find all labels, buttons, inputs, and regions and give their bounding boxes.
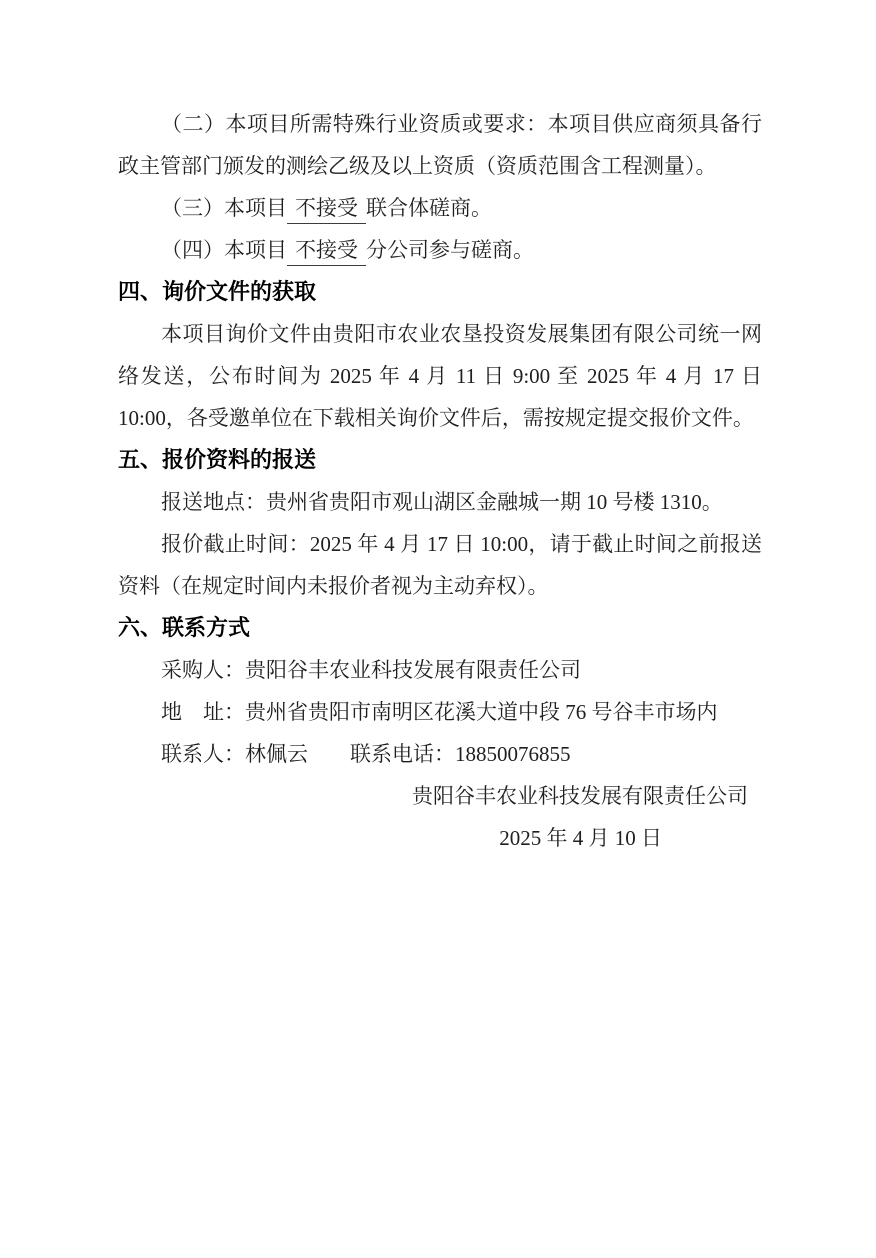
contact-purchaser: 采购人：贵阳谷丰农业科技发展有限责任公司 [118,649,762,691]
contact-person-and-phone: 联系人：林佩云 联系电话：18850076855 [118,733,762,775]
item-4-prefix: （四）本项目 [161,238,287,262]
item-4-underlined-blank: 不接受 [287,235,366,266]
signature-date: 2025 年 4 月 10 日 [118,817,762,859]
section-4-heading: 四、询价文件的获取 [118,271,762,313]
section-4-body: 本项目询价文件由贵阳市农业农垦投资发展集团有限公司统一网络发送，公布时间为 20… [118,313,762,439]
section-5-deadline: 报价截止时间：2025 年 4 月 17 日 10:00，请于截止时间之前报送资… [118,523,762,607]
section-5-heading: 五、报价资料的报送 [118,439,762,481]
paragraph-item-4: （四）本项目不接受分公司参与磋商。 [118,229,762,271]
signature-company-name: 贵阳谷丰农业科技发展有限责任公司 [118,775,762,817]
item-3-prefix: （三）本项目 [161,196,287,220]
section-6-heading: 六、联系方式 [118,607,762,649]
item-4-suffix: 分公司参与磋商。 [366,238,534,262]
document-page: （二）本项目所需特殊行业资质或要求：本项目供应商须具备行政主管部门颁发的测绘乙级… [0,0,876,1258]
paragraph-item-2: （二）本项目所需特殊行业资质或要求：本项目供应商须具备行政主管部门颁发的测绘乙级… [118,103,762,187]
paragraph-item-3: （三）本项目不接受联合体磋商。 [118,187,762,229]
item-3-suffix: 联合体磋商。 [366,196,492,220]
item-3-underlined-blank: 不接受 [287,193,366,224]
contact-address: 地 址：贵州省贵阳市南明区花溪大道中段 76 号谷丰市场内 [118,691,762,733]
section-5-submission-location: 报送地点：贵州省贵阳市观山湖区金融城一期 10 号楼 1310。 [118,481,762,523]
